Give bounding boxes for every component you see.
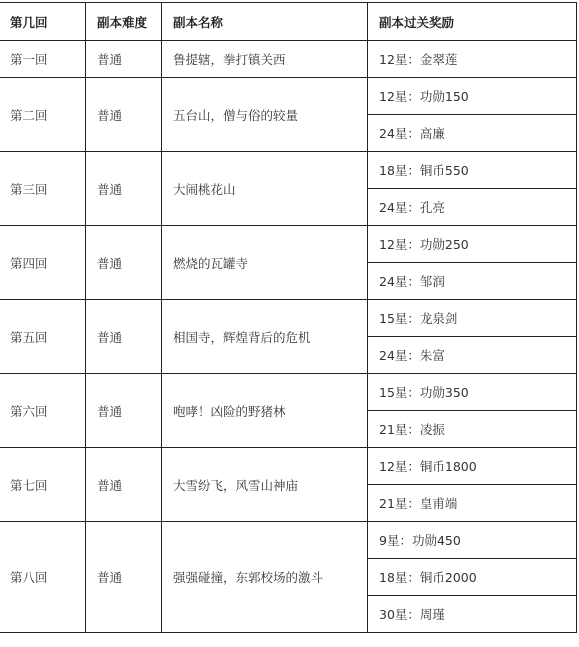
table-row: 第六回 普通 咆哮！凶险的野猪林 15星：功勋350: [0, 374, 577, 411]
dungeon-name-cell: 五台山，僧与俗的较量: [162, 78, 368, 152]
table-row: 第四回 普通 燃烧的瓦罐寺 12星：功勋250: [0, 226, 577, 263]
difficulty-cell: 普通: [86, 448, 162, 522]
table-row: 第五回 普通 相国寺，辉煌背后的危机 15星：龙泉剑: [0, 300, 577, 337]
reward-cell: 15星：龙泉剑: [368, 300, 577, 337]
difficulty-cell: 普通: [86, 152, 162, 226]
difficulty-cell: 普通: [86, 226, 162, 300]
dungeon-name-cell: 强强碰撞，东郭校场的激斗: [162, 522, 368, 633]
dungeon-name-cell: 咆哮！凶险的野猪林: [162, 374, 368, 448]
table-row: 第七回 普通 大雪纷飞，风雪山神庙 12星：铜币1800: [0, 448, 577, 485]
reward-cell: 12星：功勋250: [368, 226, 577, 263]
reward-cell: 15星：功勋350: [368, 374, 577, 411]
difficulty-cell: 普通: [86, 41, 162, 78]
header-rewards: 副本过关奖励: [368, 3, 577, 41]
reward-cell: 21星：凌振: [368, 411, 577, 448]
difficulty-cell: 普通: [86, 300, 162, 374]
dungeon-name-cell: 大雪纷飞，风雪山神庙: [162, 448, 368, 522]
reward-cell: 24星：孔亮: [368, 189, 577, 226]
difficulty-cell: 普通: [86, 78, 162, 152]
reward-cell: 18星：铜币550: [368, 152, 577, 189]
reward-cell: 9星：功勋450: [368, 522, 577, 559]
chapter-cell: 第五回: [0, 300, 86, 374]
table-row: 第八回 普通 强强碰撞，东郭校场的激斗 9星：功勋450: [0, 522, 577, 559]
reward-cell: 24星：高廉: [368, 115, 577, 152]
table-row: 第一回 普通 鲁提辖，拳打镇关西 12星：金翠莲: [0, 41, 577, 78]
header-difficulty: 副本难度: [86, 3, 162, 41]
table-row: 第三回 普通 大闹桃花山 18星：铜币550: [0, 152, 577, 189]
table-header-row: 第几回 副本难度 副本名称 副本过关奖励: [0, 3, 577, 41]
reward-cell: 24星：邹润: [368, 263, 577, 300]
dungeon-name-cell: 鲁提辖，拳打镇关西: [162, 41, 368, 78]
header-dungeon-name: 副本名称: [162, 3, 368, 41]
dungeon-name-cell: 大闹桃花山: [162, 152, 368, 226]
chapter-cell: 第六回: [0, 374, 86, 448]
dungeon-rewards-table: 第几回 副本难度 副本名称 副本过关奖励 第一回 普通 鲁提辖，拳打镇关西 12…: [0, 2, 577, 633]
chapter-cell: 第二回: [0, 78, 86, 152]
reward-cell: 12星：铜币1800: [368, 448, 577, 485]
dungeon-name-cell: 燃烧的瓦罐寺: [162, 226, 368, 300]
reward-cell: 24星：朱富: [368, 337, 577, 374]
chapter-cell: 第一回: [0, 41, 86, 78]
difficulty-cell: 普通: [86, 522, 162, 633]
reward-cell: 18星：铜币2000: [368, 559, 577, 596]
header-chapter: 第几回: [0, 3, 86, 41]
difficulty-cell: 普通: [86, 374, 162, 448]
reward-cell: 12星：金翠莲: [368, 41, 577, 78]
dungeon-name-cell: 相国寺，辉煌背后的危机: [162, 300, 368, 374]
chapter-cell: 第四回: [0, 226, 86, 300]
reward-cell: 21星：皇甫端: [368, 485, 577, 522]
table-row: 第二回 普通 五台山，僧与俗的较量 12星：功勋150: [0, 78, 577, 115]
reward-cell: 30星：周瑾: [368, 596, 577, 633]
chapter-cell: 第八回: [0, 522, 86, 633]
chapter-cell: 第三回: [0, 152, 86, 226]
reward-cell: 12星：功勋150: [368, 78, 577, 115]
chapter-cell: 第七回: [0, 448, 86, 522]
